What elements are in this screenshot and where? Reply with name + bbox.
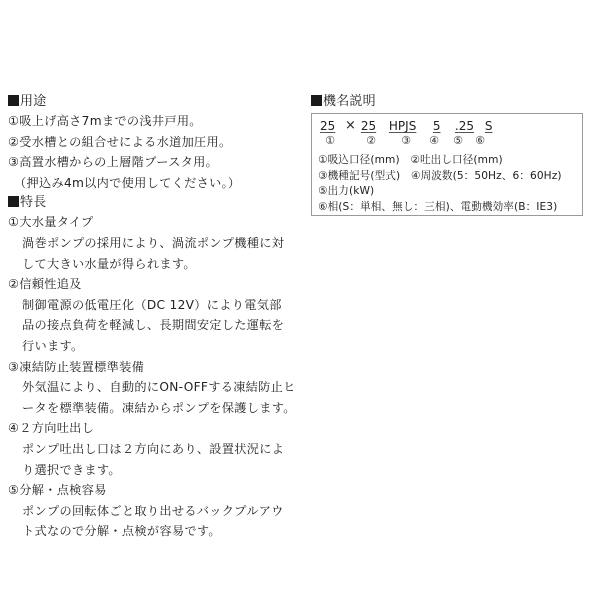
feature-item: ⑤分解・点検容易 ポンプの回転体ごと取り出せるバックプルアウ ト式なので分解・点…: [8, 480, 308, 542]
feature-body-line: 行います。: [8, 336, 308, 357]
feature-body-line: して大きい水量が得られます。: [8, 254, 308, 275]
feature-body-line: 制御電源の低電圧化（DC 12V）により電気部: [8, 295, 308, 316]
feature-title: ④２方向吐出し: [8, 418, 308, 439]
description-line: ③機種記号(型式) ④周波数(5：50Hz、6：60Hz): [318, 169, 582, 185]
code-number: ②: [360, 133, 382, 149]
code-segment-4: 5: [431, 119, 445, 133]
feature-title: ⑤分解・点検容易: [8, 480, 308, 501]
code-number: ⑤: [448, 133, 468, 149]
feature-title: ②信頼性追及: [8, 274, 308, 295]
code-number: ⑥: [472, 133, 488, 149]
usage-heading: 用途: [8, 93, 308, 111]
model-code: 25 × 25 HPJS 5 .25 S: [318, 117, 582, 133]
feature-body-line: り選択できます。: [8, 460, 308, 481]
model-descriptions: ①吸込口径(mm) ②吐出し口径(mm) ③機種記号(型式) ④周波数(5：50…: [318, 153, 582, 215]
feature-body-line: 品の接点負荷を軽減し、長期間安定した運転を: [8, 315, 308, 336]
feature-item: ④２方向吐出し ポンプ吐出し口は２方向にあり、設置状況によ り選択できます。: [8, 418, 308, 480]
code-segment-5: .25: [453, 119, 475, 133]
code-number: ③: [388, 133, 424, 149]
feature-body-line: 外気温により、自動的にON-OFFする凍結防止ヒ: [8, 377, 308, 398]
usage-item: ③高置水槽からの上層階ブースタ用。: [8, 152, 308, 173]
square-bullet-icon: [8, 95, 19, 106]
code-segment-3: HPJS: [387, 119, 423, 133]
feature-body-line: 渦巻ポンプの採用により、渦流ポンプ機種に対: [8, 233, 308, 254]
square-bullet-icon: [8, 196, 19, 207]
feature-body-line: ポンプの回転体ごと取り出せるバックプルアウ: [8, 501, 308, 522]
model-code-box: 25 × 25 HPJS 5 .25 S ① ② ③ ④ ⑤ ⑥ ①吸込口径(m…: [311, 113, 583, 216]
features-heading: 特長: [8, 194, 308, 212]
code-number: ①: [318, 133, 342, 149]
square-bullet-icon: [311, 95, 322, 106]
feature-title: ①大水量タイプ: [8, 212, 308, 233]
times-sign: ×: [342, 119, 359, 133]
usage-item: ②受水槽との組合せによる水道加圧用。: [8, 132, 308, 153]
code-number-row: ① ② ③ ④ ⑤ ⑥: [318, 133, 582, 149]
model-heading: 機名説明: [311, 93, 587, 111]
feature-item: ②信頼性追及 制御電源の低電圧化（DC 12V）により電気部 品の接点負荷を軽減…: [8, 274, 308, 356]
description-line: ①吸込口径(mm) ②吐出し口径(mm): [318, 153, 582, 169]
feature-title: ③凍結防止装置標準装備: [8, 357, 308, 378]
feature-body-line: ト式なので分解・点検が容易です。: [8, 521, 308, 542]
usage-note: （押込み4m以内で使用してください。）: [8, 173, 308, 194]
description-line: ⑤出力(kW): [318, 184, 582, 200]
feature-item: ③凍結防止装置標準装備 外気温により、自動的にON-OFFする凍結防止ヒ ータを…: [8, 357, 308, 419]
code-segment-6: S: [483, 119, 497, 133]
code-segment-1: 25: [318, 119, 342, 133]
feature-body-line: ポンプ吐出し口は２方向にあり、設置状況によ: [8, 439, 308, 460]
description-line: ⑥相(S：単相、無し：三相)、電動機効率(B：IE3): [318, 200, 582, 216]
feature-item: ①大水量タイプ 渦巻ポンプの採用により、渦流ポンプ機種に対 して大きい水量が得ら…: [8, 212, 308, 274]
left-column: 用途 ①吸上げ高さ7mまでの浅井戸用。 ②受水槽との組合せによる水道加圧用。 ③…: [8, 93, 308, 542]
code-segment-2: 25: [359, 119, 381, 133]
feature-body-line: ータを標準装備。凍結からポンプを保護します。: [8, 398, 308, 419]
code-number: ④: [426, 133, 442, 149]
usage-item: ①吸上げ高さ7mまでの浅井戸用。: [8, 111, 308, 132]
right-column: 機名説明 25 × 25 HPJS 5 .25 S ① ② ③ ④ ⑤ ⑥ ①吸…: [311, 93, 587, 216]
